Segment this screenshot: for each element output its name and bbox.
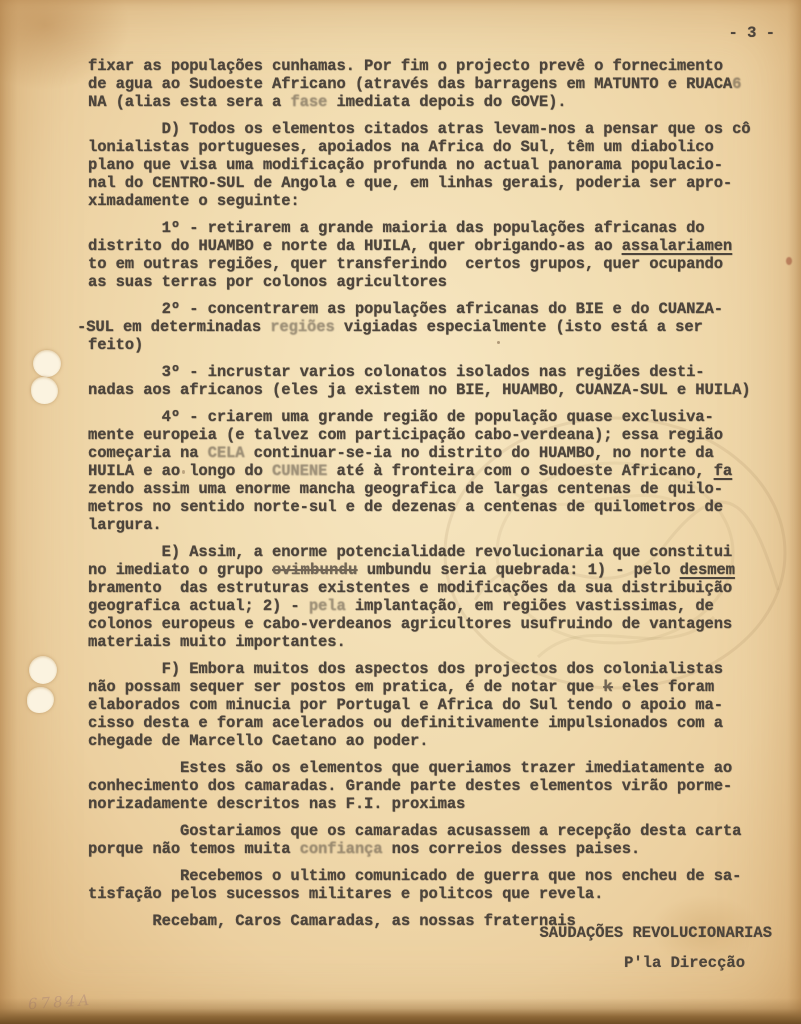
text-segment: CELA (208, 444, 245, 462)
text-line: D) Todos os elementos citados atras leva… (88, 120, 751, 138)
text-line: zendo assim uma enorme mancha geografica… (88, 480, 751, 498)
text-segment: materiais muito importantes. (88, 633, 346, 651)
text-segment: conhecimento dos camaradas. Grande parte… (88, 777, 732, 795)
text-segment: continuar-se-ia no distrito do HUAMBO, n… (244, 444, 713, 462)
text-segment: largura. (88, 516, 162, 534)
page-number: - 3 - (728, 24, 775, 42)
text-segment: Recebemos o ultimo comunicado de guerra … (88, 867, 741, 885)
text-line: 2º - concentrarem as populações africana… (88, 300, 751, 318)
paragraph: fixar as populações cunhamas. Por fim o … (88, 57, 751, 111)
paragraph: D) Todos os elementos citados atras leva… (88, 120, 751, 210)
text-segment: nal do CENTRO-SUL de Angola e que, em li… (88, 174, 732, 192)
paragraph: 4º - criarem uma grande região de popula… (88, 408, 751, 534)
text-segment: 2º - concentrarem as populações africana… (88, 300, 723, 318)
text-segment: tisfação pelos sucessos militares e poli… (88, 885, 603, 903)
text-segment: no imediato o grupo (88, 561, 272, 579)
paper-stain (786, 257, 792, 265)
text-segment: 4º - criarem uma grande região de popula… (88, 408, 714, 426)
text-segment: bramento das estruturas existentes e mod… (88, 579, 732, 597)
text-segment: ximadamente o seguinte: (88, 192, 300, 210)
paragraph: 1º - retirarem a grande maioria das popu… (88, 219, 751, 291)
text-line: metros no sentido norte-sul e de dezenas… (88, 498, 751, 516)
punch-hole (29, 656, 57, 684)
text-segment: 3º - incrustar varios colonatos isolados… (88, 363, 705, 381)
text-segment: nos correios desses paises. (382, 840, 640, 858)
text-line: Gostariamos que os camaradas acusassem a… (88, 822, 751, 840)
text-segment: pela (309, 597, 346, 615)
text-line: feito) (88, 336, 751, 354)
text-line: nadas aos africanos (eles ja existem no … (88, 381, 751, 399)
text-segment: colonos europeus e cabo-verdeanos agricu… (88, 615, 732, 633)
text-segment: imediata depois do GOVE). (327, 93, 566, 111)
text-line: colonos europeus e cabo-verdeanos agricu… (88, 615, 751, 633)
text-line: norizadamente descritos nas F.I. proxima… (88, 795, 751, 813)
text-line: F) Embora muitos dos aspectos dos projec… (88, 660, 751, 678)
punch-hole (27, 687, 54, 713)
text-segment: CUNENE (272, 462, 327, 480)
paragraph: Recebemos o ultimo comunicado de guerra … (88, 867, 751, 903)
text-line: Recebemos o ultimo comunicado de guerra … (88, 867, 751, 885)
text-line: largura. (88, 516, 751, 534)
text-segment: vigiadas especialmente (isto está a ser (335, 318, 703, 336)
text-line: 3º - incrustar varios colonatos isolados… (88, 363, 751, 381)
text-segment: começaria na (88, 444, 208, 462)
text-line: tisfação pelos sucessos militares e poli… (88, 885, 751, 903)
text-line: -SUL em determinadas regiões vigiadas es… (77, 318, 751, 336)
text-line: conhecimento dos camaradas. Grande parte… (88, 777, 751, 795)
text-segment: Gostariamos que os camaradas acusassem a… (88, 822, 741, 840)
text-line: NA (alias esta sera a fase imediata depo… (88, 93, 751, 111)
scanned-page: - 3 - fixar as populações cunhamas. Por … (0, 0, 801, 1024)
text-line: elaborados com minucia por Portugal e Af… (88, 696, 751, 714)
text-segment: desmem (680, 561, 735, 579)
text-line: não possam sequer ser postos em pratica,… (88, 678, 751, 696)
text-segment: umbundu seria quebrada: 1) - pelo (358, 561, 680, 579)
text-line: mente europeia (e talvez com participaçã… (88, 426, 751, 444)
text-line: plano que visa uma modificação profunda … (88, 156, 751, 174)
text-line: começaria na CELA continuar-se-ia no dis… (88, 444, 751, 462)
text-segment: cisso desta e foram acelerados ou defini… (88, 714, 723, 732)
text-segment: mente europeia (e talvez com participaçã… (88, 426, 723, 444)
paper-stain (787, 0, 801, 1024)
text-segment: NA (alias esta sera a (88, 93, 290, 111)
text-line: materiais muito importantes. (88, 633, 751, 651)
paragraph: 3º - incrustar varios colonatos isolados… (88, 363, 751, 399)
text-line: HUILA e ao longo do CUNENE até à frontei… (88, 462, 751, 480)
text-segment: eles foram (613, 678, 714, 696)
text-segment: ovimbundu (272, 561, 358, 579)
signoff-signature: P'la Direcção (539, 948, 772, 978)
text-line: 1º - retirarem a grande maioria das popu… (88, 219, 751, 237)
text-segment: plano que visa uma modificação profunda … (88, 156, 723, 174)
text-line: de agua ao Sudoeste Africano (através da… (88, 75, 751, 93)
text-segment: as suas terras por colonos agricultores (88, 273, 447, 291)
paragraph: Estes são os elementos que queriamos tra… (88, 759, 751, 813)
text-segment: Recebam, Caros Camaradas, as nossas frat… (88, 912, 576, 930)
text-segment: HUILA e ao longo do (88, 462, 272, 480)
signoff-salutation: SAUDAÇÕES REVOLUCIONARIAS (539, 918, 772, 948)
text-segment: implantação, em regiões vastissimas, de (346, 597, 714, 615)
text-segment: fixar as populações cunhamas. Por fim o … (88, 57, 723, 75)
text-segment: 6 (732, 75, 741, 93)
signoff-block: SAUDAÇÕES REVOLUCIONARIAS P'la Direcção (539, 918, 772, 978)
text-segment: geografica actual; 2) - (88, 597, 309, 615)
text-segment: distrito do HUAMBO e norte da HUILA, que… (88, 237, 622, 255)
text-line: geografica actual; 2) - pela implantação… (88, 597, 751, 615)
text-segment: confiança (300, 840, 383, 858)
text-line: ximadamente o seguinte: (88, 192, 751, 210)
text-line: chegade de Marcello Caetano ao poder. (88, 732, 751, 750)
text-segment: elaborados com minucia por Portugal e Af… (88, 696, 723, 714)
paragraph: E) Assim, a enorme potencialidade revolu… (88, 543, 751, 651)
text-segment: regiões (270, 318, 334, 336)
document-text: fixar as populações cunhamas. Por fim o … (88, 57, 751, 939)
text-segment: de agua ao Sudoeste Africano (através da… (88, 75, 732, 93)
text-segment: 1º - retirarem a grande maioria das popu… (88, 219, 705, 237)
paragraph: F) Embora muitos dos aspectos dos projec… (88, 660, 751, 750)
punch-hole (33, 350, 61, 377)
text-segment: fase (290, 93, 327, 111)
paragraph: 2º - concentrarem as populações africana… (88, 300, 751, 354)
text-line: to em outras regiões, quer transferindo … (88, 255, 751, 273)
text-line: bramento das estruturas existentes e mod… (88, 579, 751, 597)
text-segment: to em outras regiões, quer transferindo … (88, 255, 723, 273)
text-segment: nadas aos africanos (eles ja existem no … (88, 381, 751, 399)
bottom-scan-edge (0, 998, 801, 1024)
text-segment: D) Todos os elementos citados atras leva… (88, 120, 751, 138)
text-segment: fa (714, 462, 732, 480)
text-segment: metros no sentido norte-sul e de dezenas… (88, 498, 723, 516)
text-line: nal do CENTRO-SUL de Angola e que, em li… (88, 174, 751, 192)
text-segment: norizadamente descritos nas F.I. proxima… (88, 795, 465, 813)
text-segment: porque não temos muita (88, 840, 300, 858)
text-segment: feito) (88, 336, 143, 354)
paper-stain (0, 0, 18, 1024)
text-line: distrito do HUAMBO e norte da HUILA, que… (88, 237, 751, 255)
text-segment: -SUL em determinadas (77, 318, 270, 336)
text-line: porque não temos muita confiança nos cor… (88, 840, 751, 858)
text-line: as suas terras por colonos agricultores (88, 273, 751, 291)
text-line: no imediato o grupo ovimbundu umbundu se… (88, 561, 751, 579)
text-line: fixar as populações cunhamas. Por fim o … (88, 57, 751, 75)
text-line: lonialistas portugueses, apoiados na Afr… (88, 138, 751, 156)
text-segment: Estes são os elementos que queriamos tra… (88, 759, 732, 777)
text-segment: até à fronteira com o Sudoeste Africano, (327, 462, 713, 480)
punch-hole (31, 377, 58, 404)
text-segment: E) Assim, a enorme potencialidade revolu… (88, 543, 732, 561)
text-segment: lonialistas portugueses, apoiados na Afr… (88, 138, 714, 156)
text-segment: não possam sequer ser postos em pratica,… (88, 678, 603, 696)
text-line: Estes são os elementos que queriamos tra… (88, 759, 751, 777)
text-segment: zendo assim uma enorme mancha geografica… (88, 480, 723, 498)
text-segment: assalariamen (622, 237, 732, 255)
text-segment: k (603, 678, 613, 696)
text-segment: F) Embora muitos dos aspectos dos projec… (88, 660, 723, 678)
text-line: cisso desta e foram acelerados ou defini… (88, 714, 751, 732)
text-line: 4º - criarem uma grande região de popula… (88, 408, 751, 426)
text-line: E) Assim, a enorme potencialidade revolu… (88, 543, 751, 561)
text-segment: chegade de Marcello Caetano ao poder. (88, 732, 428, 750)
paragraph: Gostariamos que os camaradas acusassem a… (88, 822, 751, 858)
